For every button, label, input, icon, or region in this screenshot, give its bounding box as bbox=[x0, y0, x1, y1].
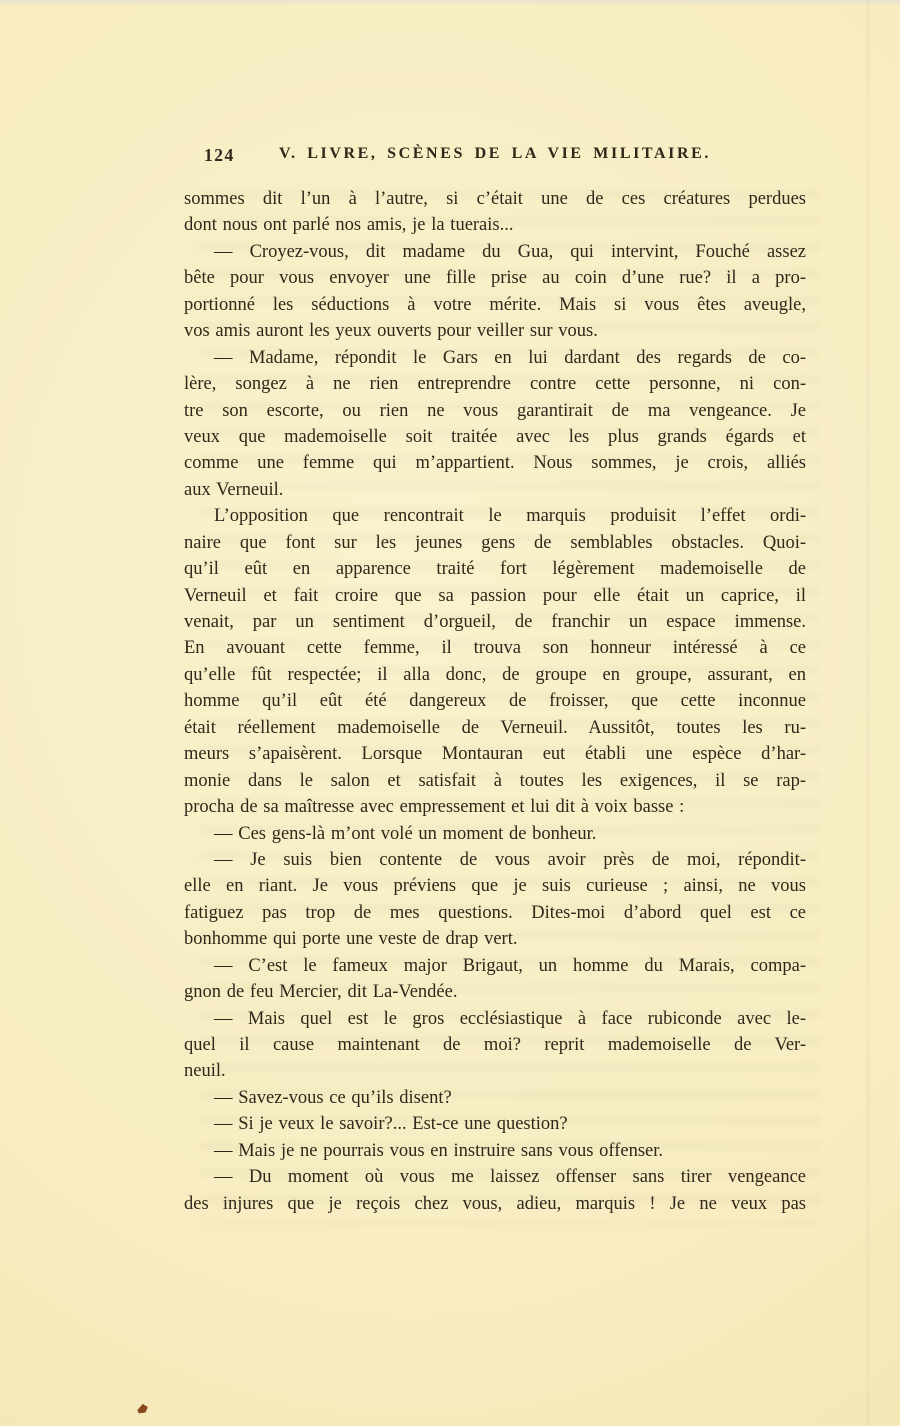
text-line: elle en riant. Je vous préviens que je s… bbox=[184, 873, 806, 899]
paper-crease bbox=[866, 0, 871, 1426]
text-line: — Si je veux le savoir?... Est-ce une qu… bbox=[184, 1111, 806, 1137]
ink-speck bbox=[136, 1403, 148, 1413]
text-line: En avouant cette femme, il trouva son ho… bbox=[184, 635, 806, 661]
text-paragraph: L’opposition que rencontrait le marquis … bbox=[184, 503, 806, 820]
text-paragraph: — C’est le fameux major Brigaut, un homm… bbox=[184, 953, 806, 1006]
text-line: bête pour vous envoyer une fille prise a… bbox=[184, 265, 806, 291]
text-line: — C’est le fameux major Brigaut, un homm… bbox=[184, 953, 806, 979]
text-line: — Savez-vous ce qu’ils disent? bbox=[184, 1085, 806, 1111]
text-line: sommes dit l’un à l’autre, si c’était un… bbox=[184, 186, 806, 212]
text-line: venait, par un sentiment d’orgueil, de f… bbox=[184, 609, 806, 635]
text-line: neuil. bbox=[184, 1058, 806, 1084]
text-line: veux que mademoiselle soit traitée avec … bbox=[184, 424, 806, 450]
page-header: 124 V. LIVRE, SCÈNES DE LA VIE MILITAIRE… bbox=[184, 145, 806, 169]
text-line: fatiguez pas trop de mes questions. Dite… bbox=[184, 900, 806, 926]
text-paragraph: — Madame, répondit le Gars en lui dardan… bbox=[184, 345, 806, 504]
text-line: — Mais quel est le gros ecclésiastique à… bbox=[184, 1006, 806, 1032]
running-title: V. LIVRE, SCÈNES DE LA VIE MILITAIRE. bbox=[279, 145, 711, 163]
text-line: — Croyez-vous, dit madame du Gua, qui in… bbox=[184, 239, 806, 265]
text-line: qu’elle fût respectée; il alla donc, de … bbox=[184, 662, 806, 688]
text-paragraph: — Mais je ne pourrais vous en instruire … bbox=[184, 1138, 806, 1164]
text-line: tre son escorte, ou rien ne vous garanti… bbox=[184, 398, 806, 424]
text-line: procha de sa maîtresse avec empressement… bbox=[184, 794, 806, 820]
text-line: était réellement mademoiselle de Verneui… bbox=[184, 715, 806, 741]
book-page: 124 V. LIVRE, SCÈNES DE LA VIE MILITAIRE… bbox=[0, 0, 900, 1426]
text-line: monie dans le salon et satisfait à toute… bbox=[184, 768, 806, 794]
text-line: dont nous ont parlé nos amis, je la tuer… bbox=[184, 212, 806, 238]
text-line: des injures que je reçois chez vous, adi… bbox=[184, 1191, 806, 1217]
text-line: naire que font sur les jeunes gens de se… bbox=[184, 530, 806, 556]
text-line: meurs s’apaisèrent. Lorsque Montauran eu… bbox=[184, 741, 806, 767]
text-line: homme qu’il eût été dangereux de froisse… bbox=[184, 688, 806, 714]
text-paragraph: — Ces gens-là m’ont volé un moment de bo… bbox=[184, 821, 806, 847]
text-line: vos amis auront les yeux ouverts pour ve… bbox=[184, 318, 806, 344]
text-line: — Mais je ne pourrais vous en instruire … bbox=[184, 1138, 806, 1164]
text-line: — Ces gens-là m’ont volé un moment de bo… bbox=[184, 821, 806, 847]
text-paragraph: — Savez-vous ce qu’ils disent? bbox=[184, 1085, 806, 1111]
text-line: bonhomme qui porte une veste de drap ver… bbox=[184, 926, 806, 952]
text-line: L’opposition que rencontrait le marquis … bbox=[184, 503, 806, 529]
text-paragraph: — Croyez-vous, dit madame du Gua, qui in… bbox=[184, 239, 806, 345]
text-paragraph: — Si je veux le savoir?... Est-ce une qu… bbox=[184, 1111, 806, 1137]
text-paragraph: — Mais quel est le gros ecclésiastique à… bbox=[184, 1006, 806, 1085]
text-paragraph: — Je suis bien contente de vous avoir pr… bbox=[184, 847, 806, 953]
text-line: lère, songez à ne rien entreprendre cont… bbox=[184, 371, 806, 397]
text-line: portionné les séductions à votre mérite.… bbox=[184, 292, 806, 318]
page-body: sommes dit l’un à l’autre, si c’était un… bbox=[184, 186, 806, 1217]
text-line: Verneuil et fait croire que sa passion p… bbox=[184, 583, 806, 609]
text-line: — Madame, répondit le Gars en lui dardan… bbox=[184, 345, 806, 371]
text-line: aux Verneuil. bbox=[184, 477, 806, 503]
text-paragraph: — Du moment où vous me laissez offenser … bbox=[184, 1164, 806, 1217]
text-line: — Je suis bien contente de vous avoir pr… bbox=[184, 847, 806, 873]
text-paragraph: sommes dit l’un à l’autre, si c’était un… bbox=[184, 186, 806, 239]
text-line: — Du moment où vous me laissez offenser … bbox=[184, 1164, 806, 1190]
text-line: gnon de feu Mercier, dit La-Vendée. bbox=[184, 979, 806, 1005]
text-line: quel il cause maintenant de moi? reprit … bbox=[184, 1032, 806, 1058]
page-number: 124 bbox=[204, 145, 235, 166]
text-line: comme une femme qui m’appartient. Nous s… bbox=[184, 450, 806, 476]
text-line: qu’il eût en apparence traité fort légèr… bbox=[184, 556, 806, 582]
